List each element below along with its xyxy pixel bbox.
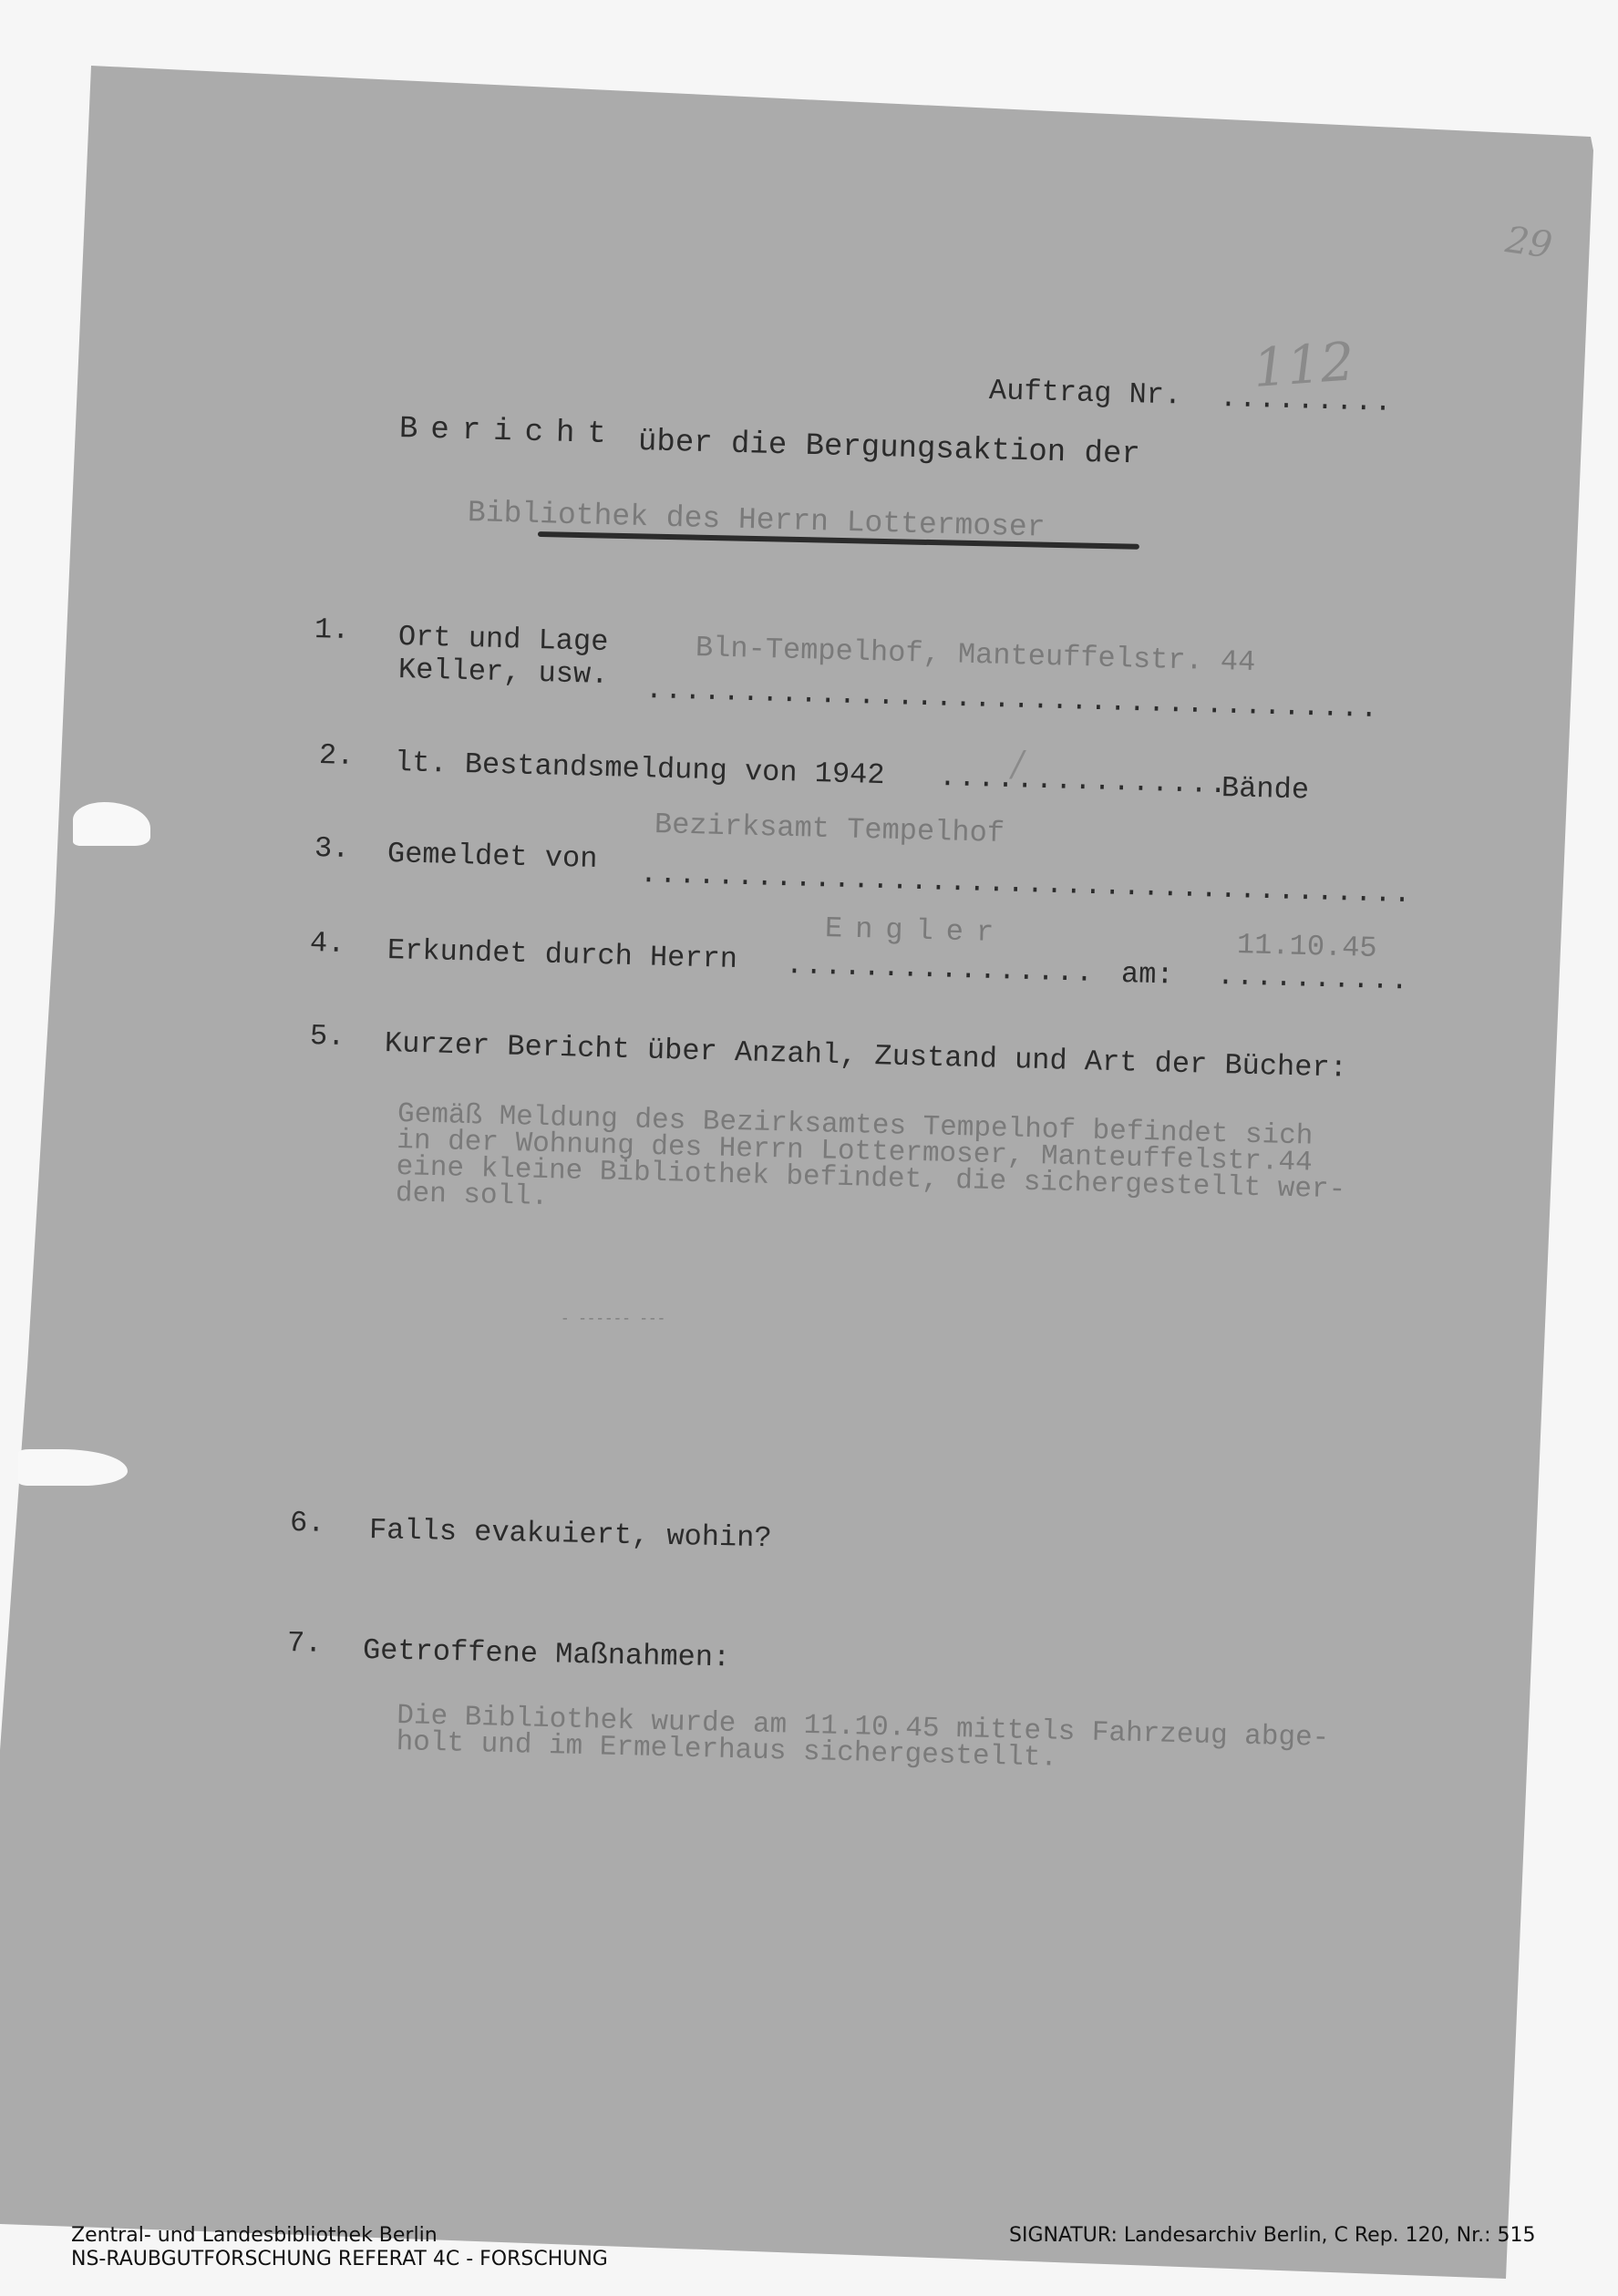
item-5-number: 5. <box>310 1019 345 1054</box>
footer-department: NS-RAUBGUTFORSCHUNG REFERAT 4C - FORSCHU… <box>71 2248 608 2271</box>
item-4-value: Engler <box>825 911 1007 950</box>
item-7-number: 7. <box>287 1626 323 1661</box>
page-number: 29 <box>1503 219 1555 267</box>
item-2-value: / <box>1012 744 1024 784</box>
item-4-number: 4. <box>310 926 345 961</box>
item-4-date-label: am: <box>1121 957 1175 992</box>
item-1-label-line2: Keller, usw. <box>398 653 609 692</box>
title-bericht: Bericht <box>399 412 620 452</box>
item-5-separator: - ------ --- <box>561 1311 665 1327</box>
order-number-label: Auftrag Nr. <box>989 374 1182 413</box>
item-6-number: 6. <box>290 1506 325 1540</box>
item-4-date-dots: .......... <box>1217 959 1411 998</box>
item-3-number: 3. <box>314 831 350 866</box>
item-2-suffix: Bände <box>1221 771 1310 808</box>
footer-signature: SIGNATUR: Landesarchiv Berlin, C Rep. 12… <box>1009 2224 1536 2248</box>
footer-left: Zentral- und Landesbibliothek Berlin NS-… <box>71 2224 608 2271</box>
item-2-number: 2. <box>319 738 355 773</box>
item-1-number: 1. <box>314 613 350 647</box>
footer-library-name: Zentral- und Landesbibliothek Berlin <box>71 2224 608 2248</box>
item-5-body: Gemäß Meldung des Bezirksamtes Tempelhof… <box>396 1101 1347 1230</box>
item-3-label: Gemeldet von <box>387 837 598 876</box>
order-number-handwritten: 112 <box>1252 330 1356 399</box>
